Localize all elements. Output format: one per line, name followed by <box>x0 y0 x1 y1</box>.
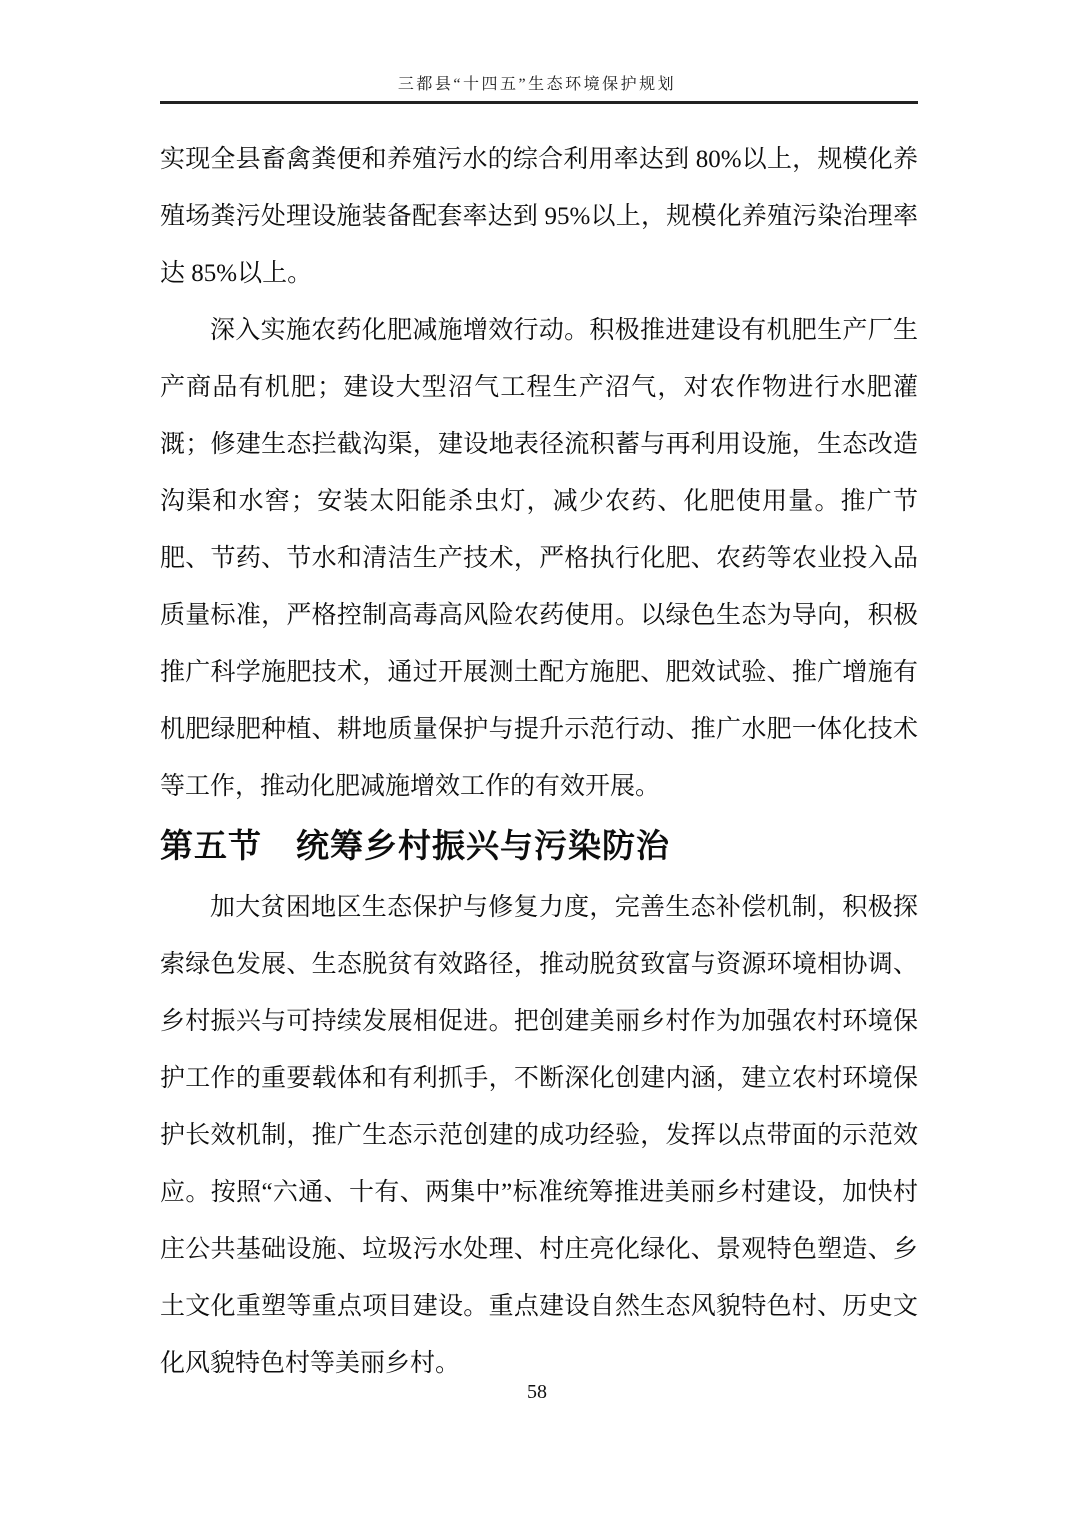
page-number: 58 <box>0 1381 1074 1404</box>
paragraph-fertilizer-pesticide-reduction: 深入实施农药化肥减施增效行动。积极推进建设有机肥生产厂生产商品有机肥；建设大型沼… <box>160 302 918 815</box>
header-rule <box>160 101 918 104</box>
document-body: 实现全县畜禽粪便和养殖污水的综合利用率达到 80%以上，规模化养殖场粪污处理设施… <box>160 131 918 1392</box>
document-page: 三都县“十四五”生态环境保护规划 实现全县畜禽粪便和养殖污水的综合利用率达到 8… <box>0 0 1074 1520</box>
page-header: 三都县“十四五”生态环境保护规划 <box>0 0 1074 104</box>
page-header-title: 三都县“十四五”生态环境保护规划 <box>0 0 1074 94</box>
paragraph-rural-revitalization: 加大贫困地区生态保护与修复力度，完善生态补偿机制，积极探索绿色发展、生态脱贫有效… <box>160 879 918 1392</box>
section-heading-rural-revitalization: 第五节 统筹乡村振兴与污染防治 <box>160 815 918 879</box>
paragraph-livestock-waste: 实现全县畜禽粪便和养殖污水的综合利用率达到 80%以上，规模化养殖场粪污处理设施… <box>160 131 918 302</box>
